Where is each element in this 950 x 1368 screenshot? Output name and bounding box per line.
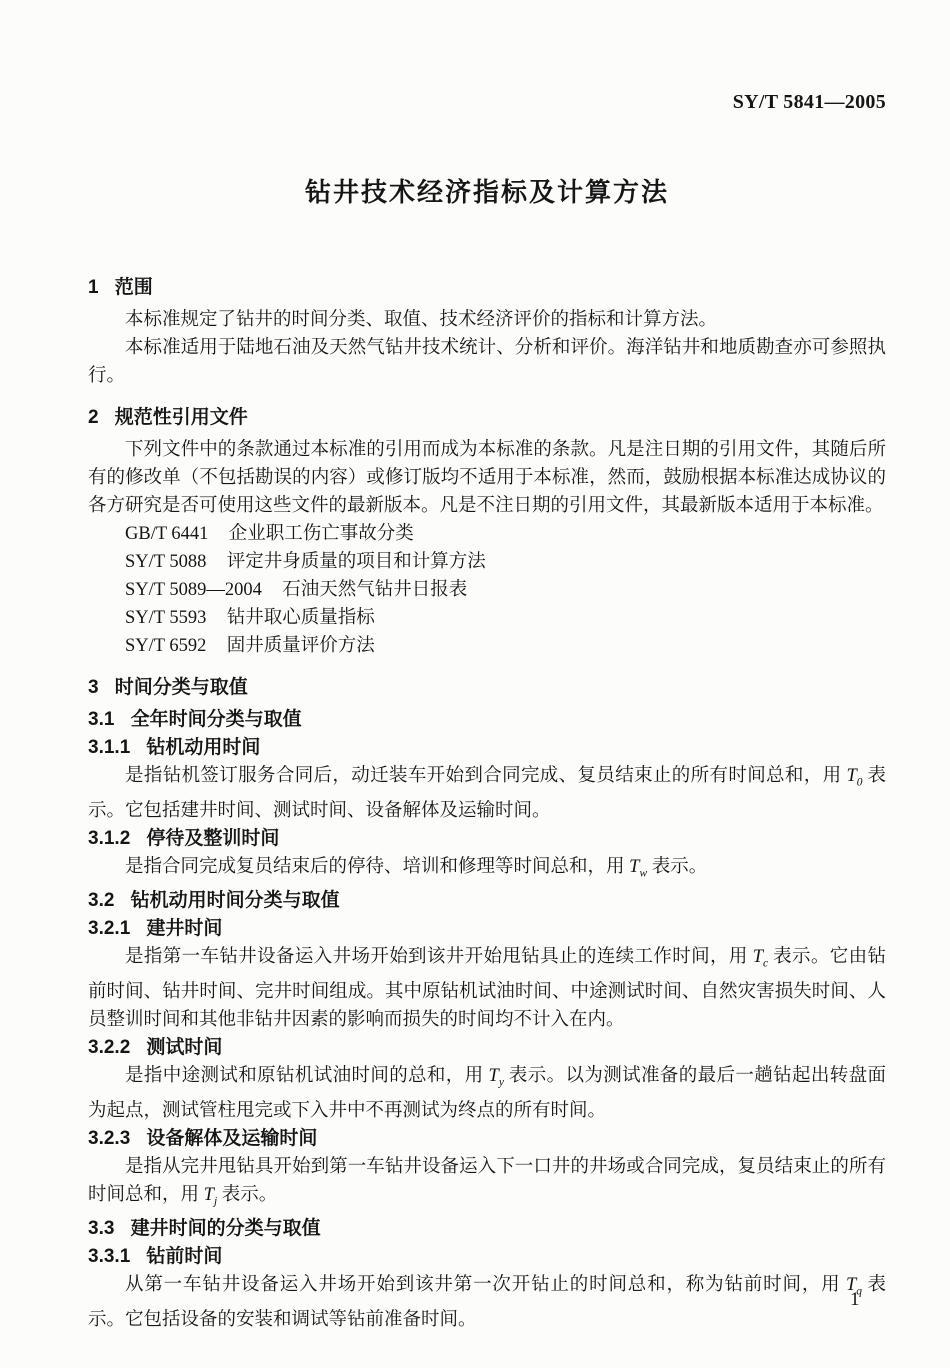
section-label: 钻机动用时间分类与取值 bbox=[131, 890, 340, 911]
section-number: 3.2.2 bbox=[88, 1037, 130, 1058]
reference-code: GB/T 6441 bbox=[125, 524, 208, 544]
section-label: 停待及整训时间 bbox=[146, 828, 279, 849]
section-number: 3.2 bbox=[88, 890, 114, 911]
section-number: 3.2.1 bbox=[88, 918, 130, 939]
paragraph: 是指合同完成复员结束后的停待、培训和修理等时间总和，用 Tw 表示。 bbox=[88, 853, 886, 888]
section-label: 全年时间分类与取值 bbox=[131, 709, 302, 730]
page-number: 1 bbox=[850, 1286, 860, 1314]
paragraph: 本标准规定了钻井的时间分类、取值、技术经济评价的指标和计算方法。 bbox=[88, 306, 886, 334]
document-page: SY/T 5841—2005 钻井技术经济指标及计算方法 1范围 本标准规定了钻… bbox=[0, 0, 950, 1368]
section-label: 测试时间 bbox=[146, 1037, 222, 1058]
reference-title: 企业职工伤亡事故分类 bbox=[229, 524, 414, 544]
reference-code: SY/T 5089—2004 bbox=[125, 580, 262, 600]
section-number: 1 bbox=[88, 277, 99, 298]
section-number: 3.1.1 bbox=[88, 737, 130, 758]
paragraph: 是指第一车钻井设备运入井场开始到该井开始甩钻具止的连续工作时间，用 Tc 表示。… bbox=[88, 943, 886, 1034]
heading-standby-training-time: 3.1.2停待及整训时间 bbox=[88, 825, 886, 853]
paragraph: 是指中途测试和原钻机试油时间的总和，用 Ty 表示。以为测试准备的最后一趟钻起出… bbox=[88, 1062, 886, 1125]
section-number: 3.1.2 bbox=[88, 828, 130, 849]
heading-normative-references: 2规范性引用文件 bbox=[88, 404, 886, 432]
section-label: 时间分类与取值 bbox=[115, 677, 248, 698]
heading-testing-time: 3.2.2测试时间 bbox=[88, 1034, 886, 1062]
heading-equipment-teardown-transport-time: 3.2.3设备解体及运输时间 bbox=[88, 1125, 886, 1153]
reference-item: SY/T 5088评定井身质量的项目和计算方法 bbox=[125, 548, 886, 576]
heading-well-construction-time: 3.2.1建井时间 bbox=[88, 915, 886, 943]
reference-item: SY/T 5593钻井取心质量指标 bbox=[125, 604, 886, 632]
heading-pre-drilling-time: 3.3.1钻前时间 bbox=[88, 1243, 886, 1271]
reference-code: SY/T 5593 bbox=[125, 608, 206, 628]
section-label: 建井时间 bbox=[146, 918, 222, 939]
section-number: 3.3.1 bbox=[88, 1246, 130, 1267]
standard-code: SY/T 5841—2005 bbox=[88, 90, 886, 114]
heading-scope: 1范围 bbox=[88, 274, 886, 302]
section-number: 3.1 bbox=[88, 709, 114, 730]
paragraph: 从第一车钻井设备运入井场开始到该井第一次开钻止的时间总和，称为钻前时间，用 Tq… bbox=[88, 1271, 886, 1334]
reference-code: SY/T 6592 bbox=[125, 636, 206, 656]
heading-rig-time-classification: 3.2钻机动用时间分类与取值 bbox=[88, 887, 886, 915]
paragraph: 下列文件中的条款通过本标准的引用而成为本标准的条款。凡是注日期的引用文件，其随后… bbox=[88, 436, 886, 520]
paragraph: 是指钻机签订服务合同后，动迁装车开始到合同完成、复员结束止的所有时间总和，用 T… bbox=[88, 762, 886, 825]
reference-title: 固井质量评价方法 bbox=[227, 636, 375, 656]
section-number: 3.2.3 bbox=[88, 1128, 130, 1149]
document-title: 钻井技术经济指标及计算方法 bbox=[88, 172, 886, 212]
heading-annual-time: 3.1全年时间分类与取值 bbox=[88, 706, 886, 734]
heading-well-construction-classification: 3.3建井时间的分类与取值 bbox=[88, 1215, 886, 1243]
reference-code: SY/T 5088 bbox=[125, 552, 206, 572]
section-number: 2 bbox=[88, 407, 99, 428]
references-list: GB/T 6441企业职工伤亡事故分类 SY/T 5088评定井身质量的项目和计… bbox=[88, 520, 886, 660]
heading-rig-utilization-time: 3.1.1钻机动用时间 bbox=[88, 734, 886, 762]
section-label: 范围 bbox=[115, 277, 153, 298]
section-number: 3.3 bbox=[88, 1218, 114, 1239]
reference-title: 评定井身质量的项目和计算方法 bbox=[227, 552, 486, 572]
section-label: 钻前时间 bbox=[146, 1246, 222, 1267]
section-scope: 1范围 本标准规定了钻井的时间分类、取值、技术经济评价的指标和计算方法。 本标准… bbox=[88, 274, 886, 390]
section-label: 钻机动用时间 bbox=[146, 737, 260, 758]
reference-title: 钻井取心质量指标 bbox=[227, 608, 375, 628]
section-label: 规范性引用文件 bbox=[115, 407, 248, 428]
reference-item: SY/T 5089—2004石油天然气钻井日报表 bbox=[125, 576, 886, 604]
reference-title: 石油天然气钻井日报表 bbox=[282, 580, 467, 600]
paragraph: 本标准适用于陆地石油及天然气钻井技术统计、分析和评价。海洋钻井和地质勘查亦可参照… bbox=[88, 334, 886, 390]
reference-item: GB/T 6441企业职工伤亡事故分类 bbox=[125, 520, 886, 548]
section-normative-references: 2规范性引用文件 下列文件中的条款通过本标准的引用而成为本标准的条款。凡是注日期… bbox=[88, 404, 886, 660]
paragraph: 是指从完井甩钻具开始到第一车钻井设备运入下一口井的井场或合同完成，复员结束止的所… bbox=[88, 1153, 886, 1216]
section-time-classification: 3时间分类与取值 3.1全年时间分类与取值 3.1.1钻机动用时间 是指钻机签订… bbox=[88, 674, 886, 1334]
reference-item: SY/T 6592固井质量评价方法 bbox=[125, 632, 886, 660]
heading-time-classification: 3时间分类与取值 bbox=[88, 674, 886, 702]
section-label: 建井时间的分类与取值 bbox=[131, 1218, 321, 1239]
section-number: 3 bbox=[88, 677, 99, 698]
section-label: 设备解体及运输时间 bbox=[146, 1128, 317, 1149]
